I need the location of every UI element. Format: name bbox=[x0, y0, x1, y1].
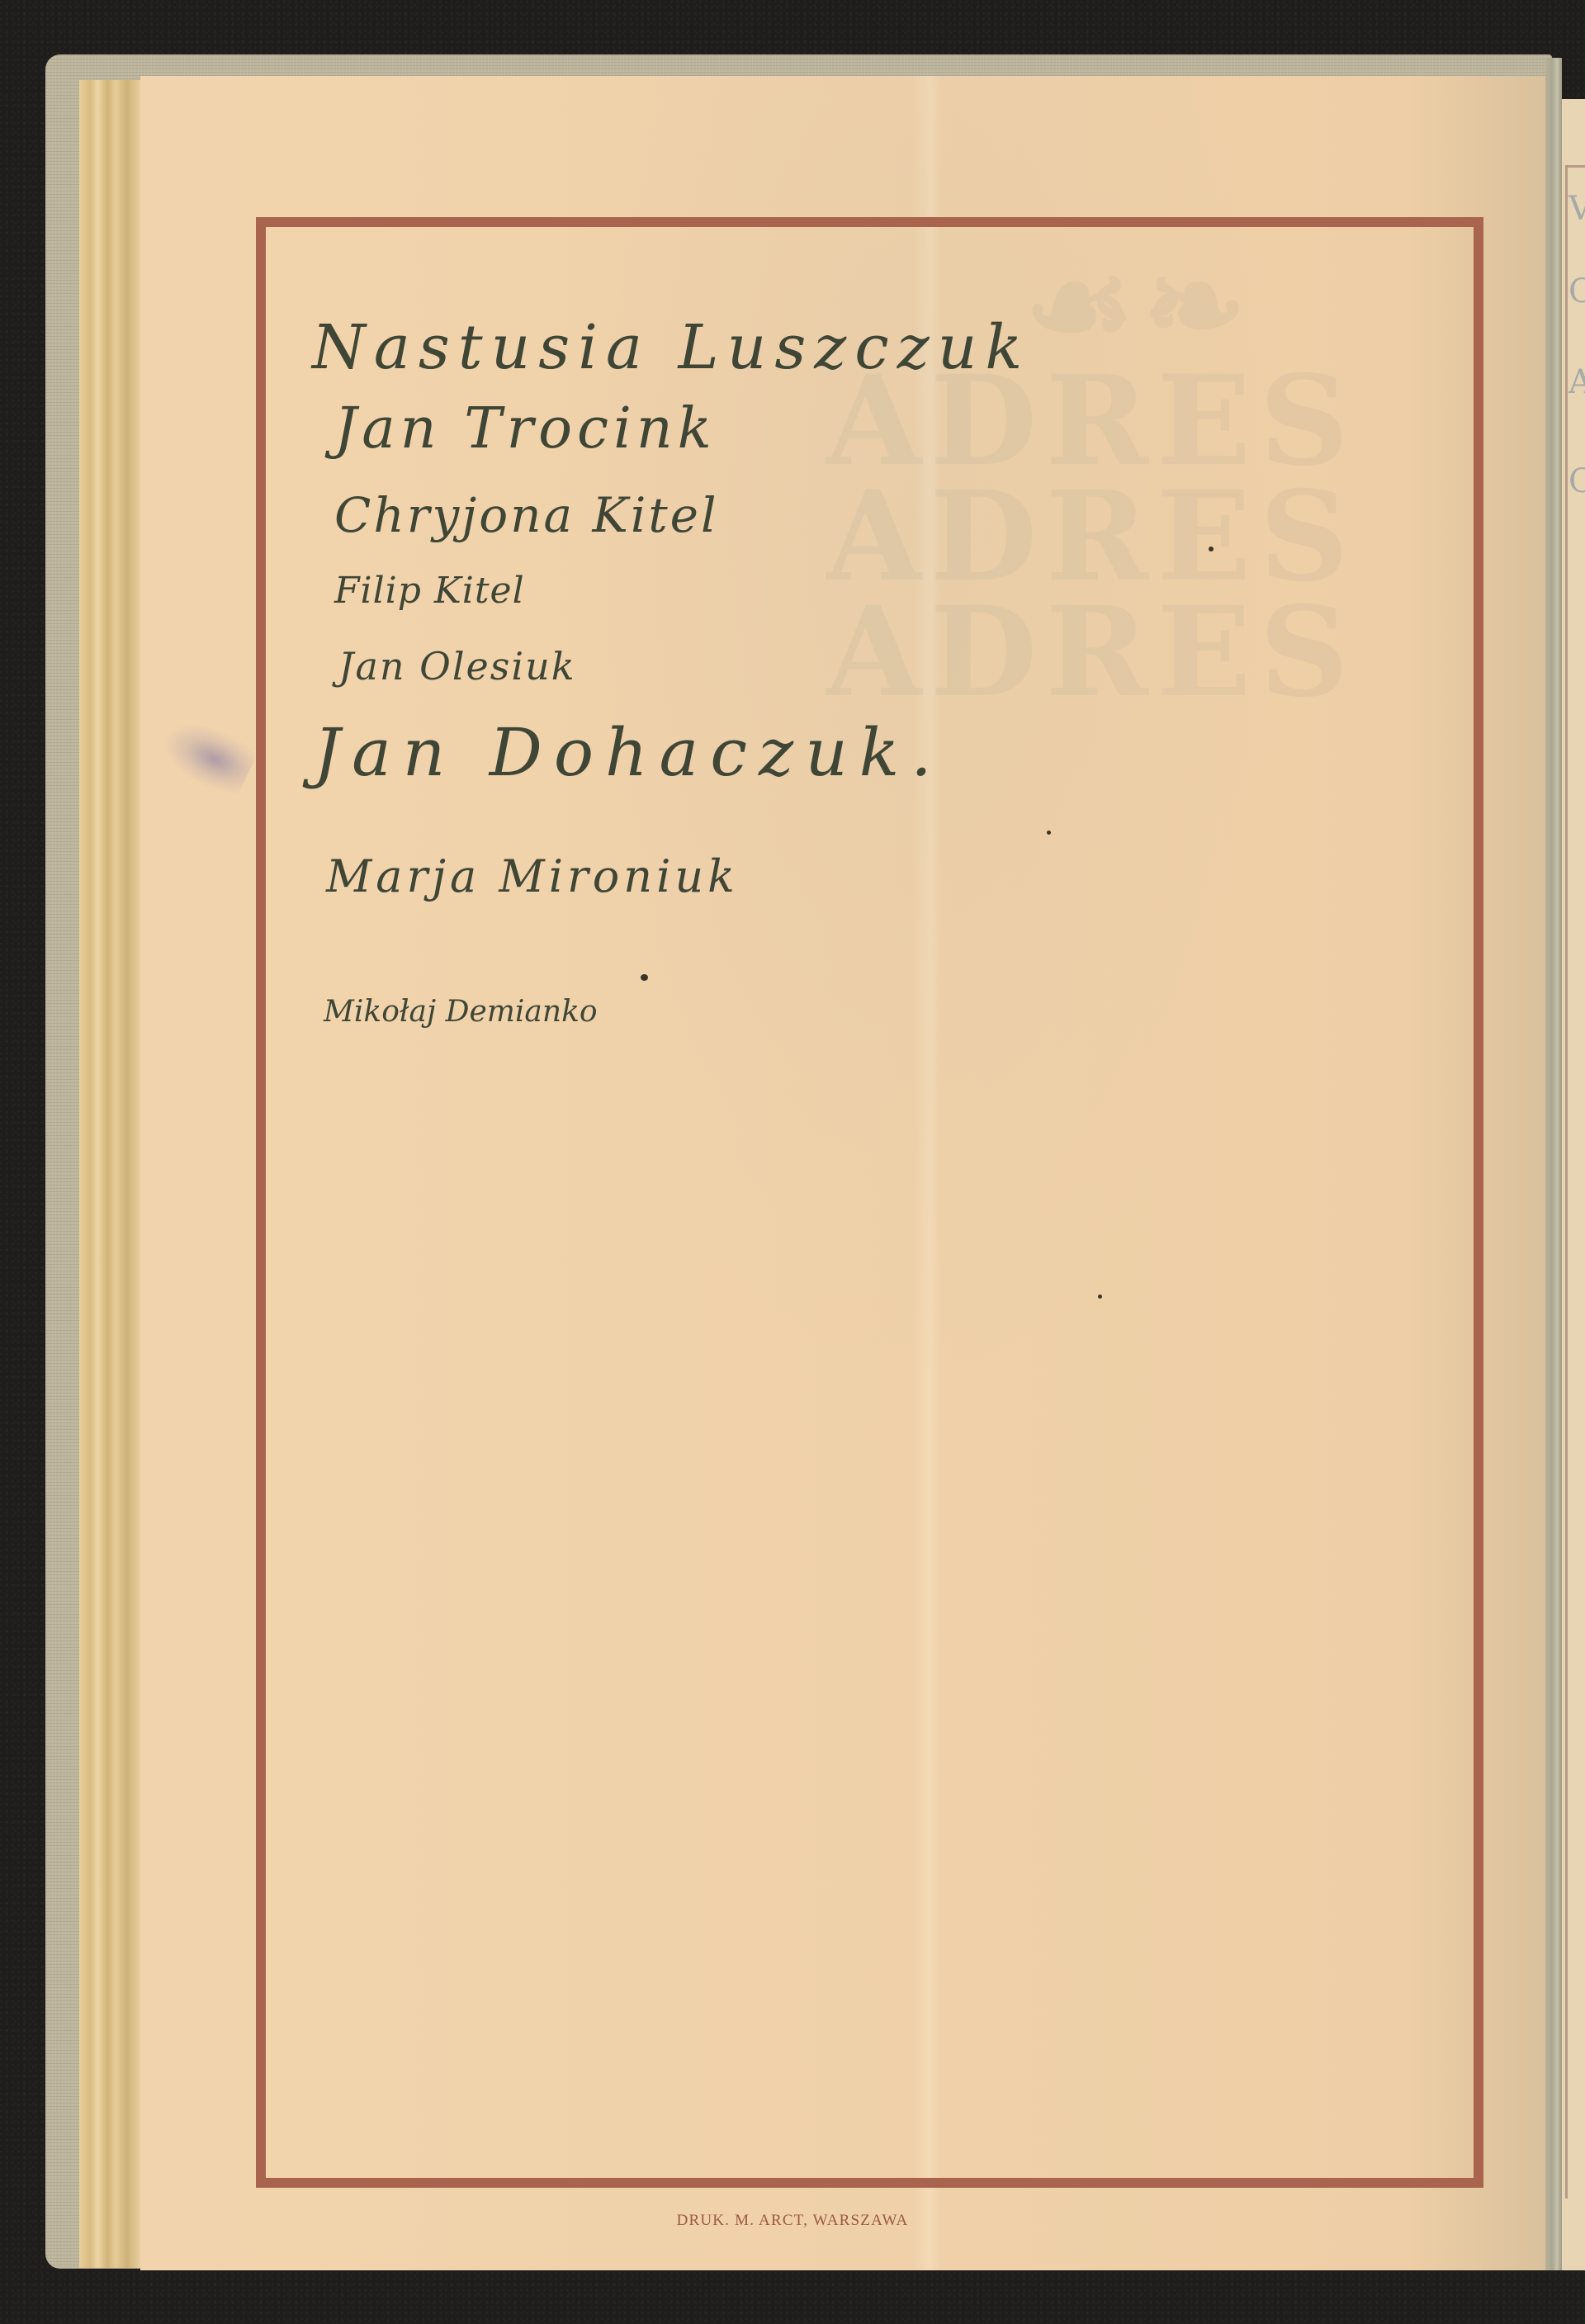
signature-8: Mikołaj Demianko bbox=[324, 995, 598, 1029]
facing-page-ornament-icon: A bbox=[1568, 363, 1585, 401]
signature-3: Chryjona Kitel bbox=[334, 487, 719, 543]
facing-page-ornament-icon: C bbox=[1568, 462, 1585, 500]
signature-5: Jan Olesiuk bbox=[338, 644, 576, 689]
signature-6: Jan Dohaczuk. bbox=[314, 714, 944, 791]
printer-imprint: DRUK. M. ARCT, WARSZAWA bbox=[0, 2212, 1585, 2230]
facing-page-ornament-icon: C bbox=[1568, 272, 1585, 310]
book-gutter bbox=[1545, 58, 1562, 2270]
paper-speck bbox=[1047, 831, 1051, 835]
paper-speck bbox=[1209, 547, 1214, 551]
signature-2: Jan Trocink bbox=[334, 396, 717, 461]
signature-4: Filip Kitel bbox=[334, 570, 525, 612]
page-stack-edges bbox=[79, 80, 140, 2268]
facing-page-ornament-icon: V bbox=[1568, 190, 1585, 228]
signature-1: Nastusia Luszczuk bbox=[312, 312, 1030, 383]
signature-7: Marja Mironiuk bbox=[326, 850, 739, 902]
paper-speck bbox=[1098, 1295, 1102, 1299]
paper-speck bbox=[641, 974, 648, 981]
